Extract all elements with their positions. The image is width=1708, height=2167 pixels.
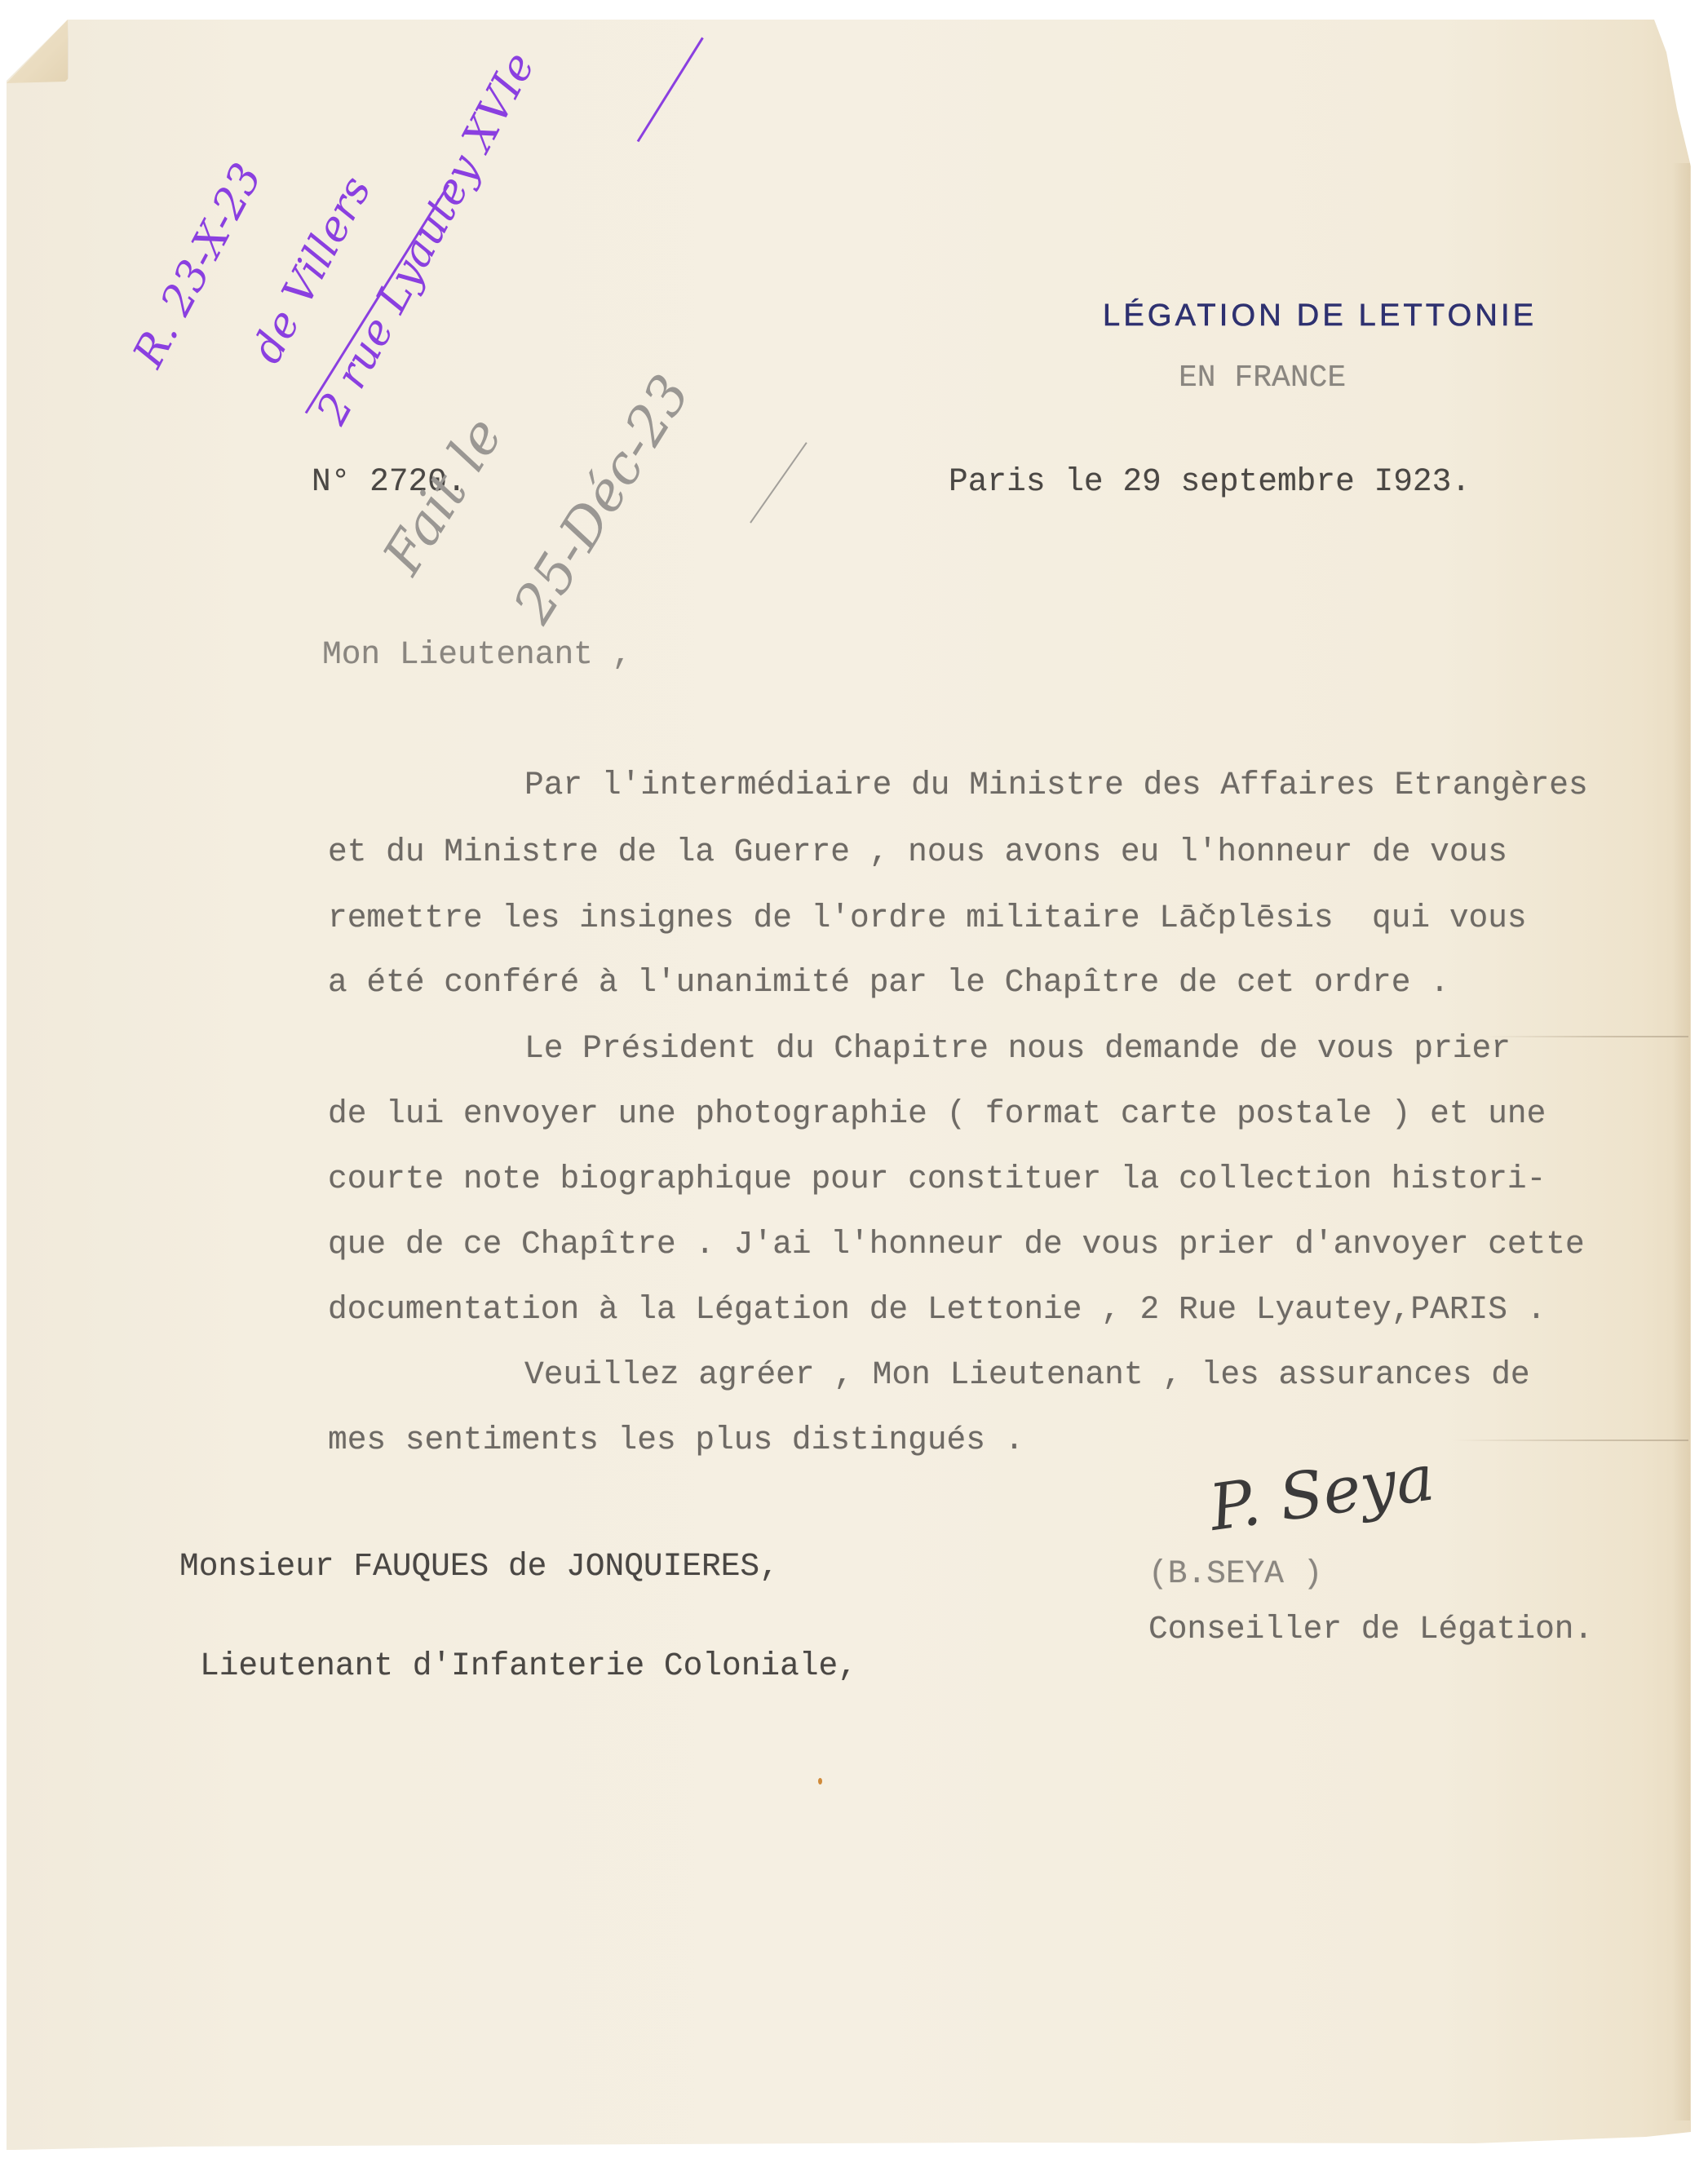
body-line: courte note biographique pour constituer… (328, 1163, 1546, 1196)
body-line: Le Président du Chapitre nous demande de… (524, 1033, 1511, 1065)
body-line: remettre les insignes de l'ordre militai… (328, 902, 1527, 935)
recipient-name: Monsieur FAUQUES de JONQUIERES, (179, 1550, 779, 1583)
body-line: Veuillez agréer , Mon Lieutenant , les a… (524, 1359, 1530, 1391)
body-line: et du Ministre de la Guerre , nous avons… (328, 836, 1507, 869)
paper-crease (1485, 1036, 1688, 1037)
paper-crease (1452, 1440, 1688, 1441)
body-line: mes sentiments les plus distingués . (328, 1424, 1024, 1457)
salutation: Mon Lieutenant , (322, 639, 631, 671)
typed-signatory-name: (B.SEYA ) (1148, 1558, 1322, 1590)
body-line: que de ce Chapître . J'ai l'honneur de v… (328, 1228, 1585, 1261)
body-line: Par l'intermédiaire du Ministre des Affa… (524, 769, 1588, 802)
signatory-title: Conseiller de Légation. (1148, 1613, 1593, 1646)
letterhead-organization: LÉGATION DE LETTONIE (1103, 299, 1537, 334)
recipient-rank: Lieutenant d'Infanterie Coloniale, (200, 1650, 857, 1683)
body-line: documentation à la Légation de Lettonie … (328, 1294, 1546, 1326)
ink-speck (818, 1778, 822, 1784)
letterhead-country: EN FRANCE (1179, 362, 1346, 395)
place-date: Paris le 29 septembre I923. (949, 466, 1471, 498)
body-line: a été conféré à l'unanimité par le Chapî… (328, 966, 1449, 999)
body-line: de lui envoyer une photographie ( format… (328, 1098, 1546, 1130)
folded-corner (7, 20, 68, 83)
paper-edge-shading (1672, 163, 1690, 2121)
